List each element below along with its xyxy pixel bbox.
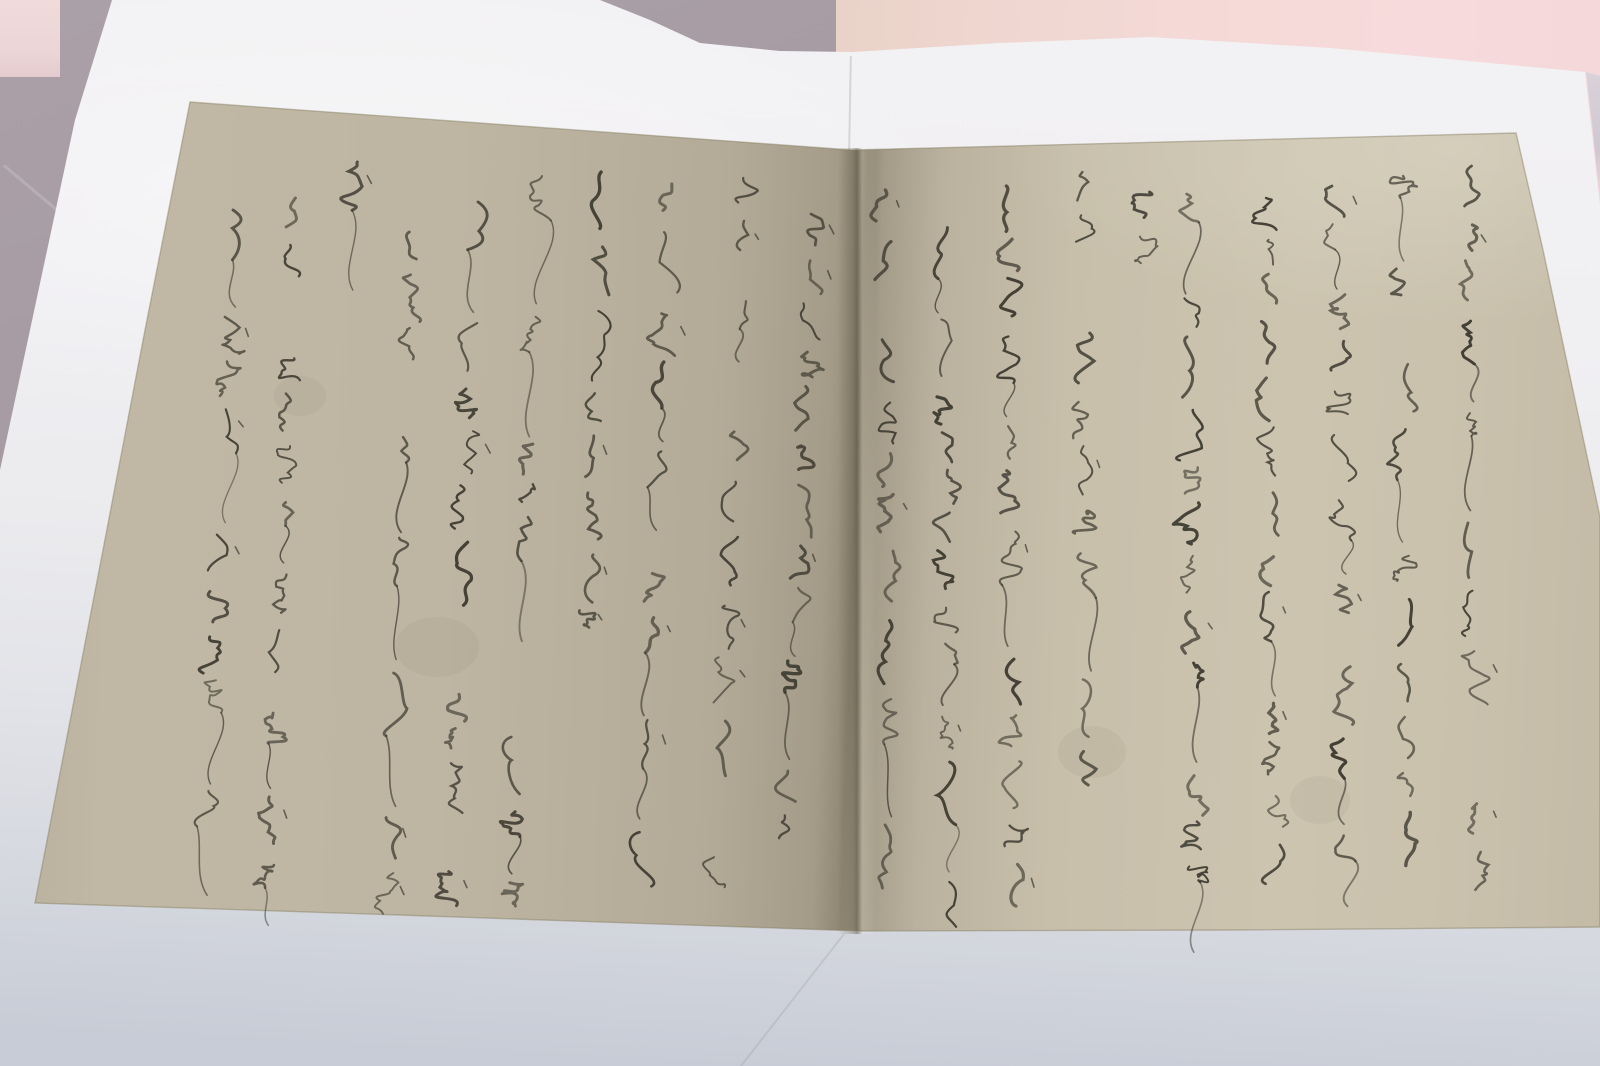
manuscript-facsimile-spread (0, 0, 1600, 1066)
pink-background-top-left (0, 0, 60, 77)
manuscript-center-fold (838, 148, 876, 934)
photo-of-open-book (0, 0, 1600, 1066)
